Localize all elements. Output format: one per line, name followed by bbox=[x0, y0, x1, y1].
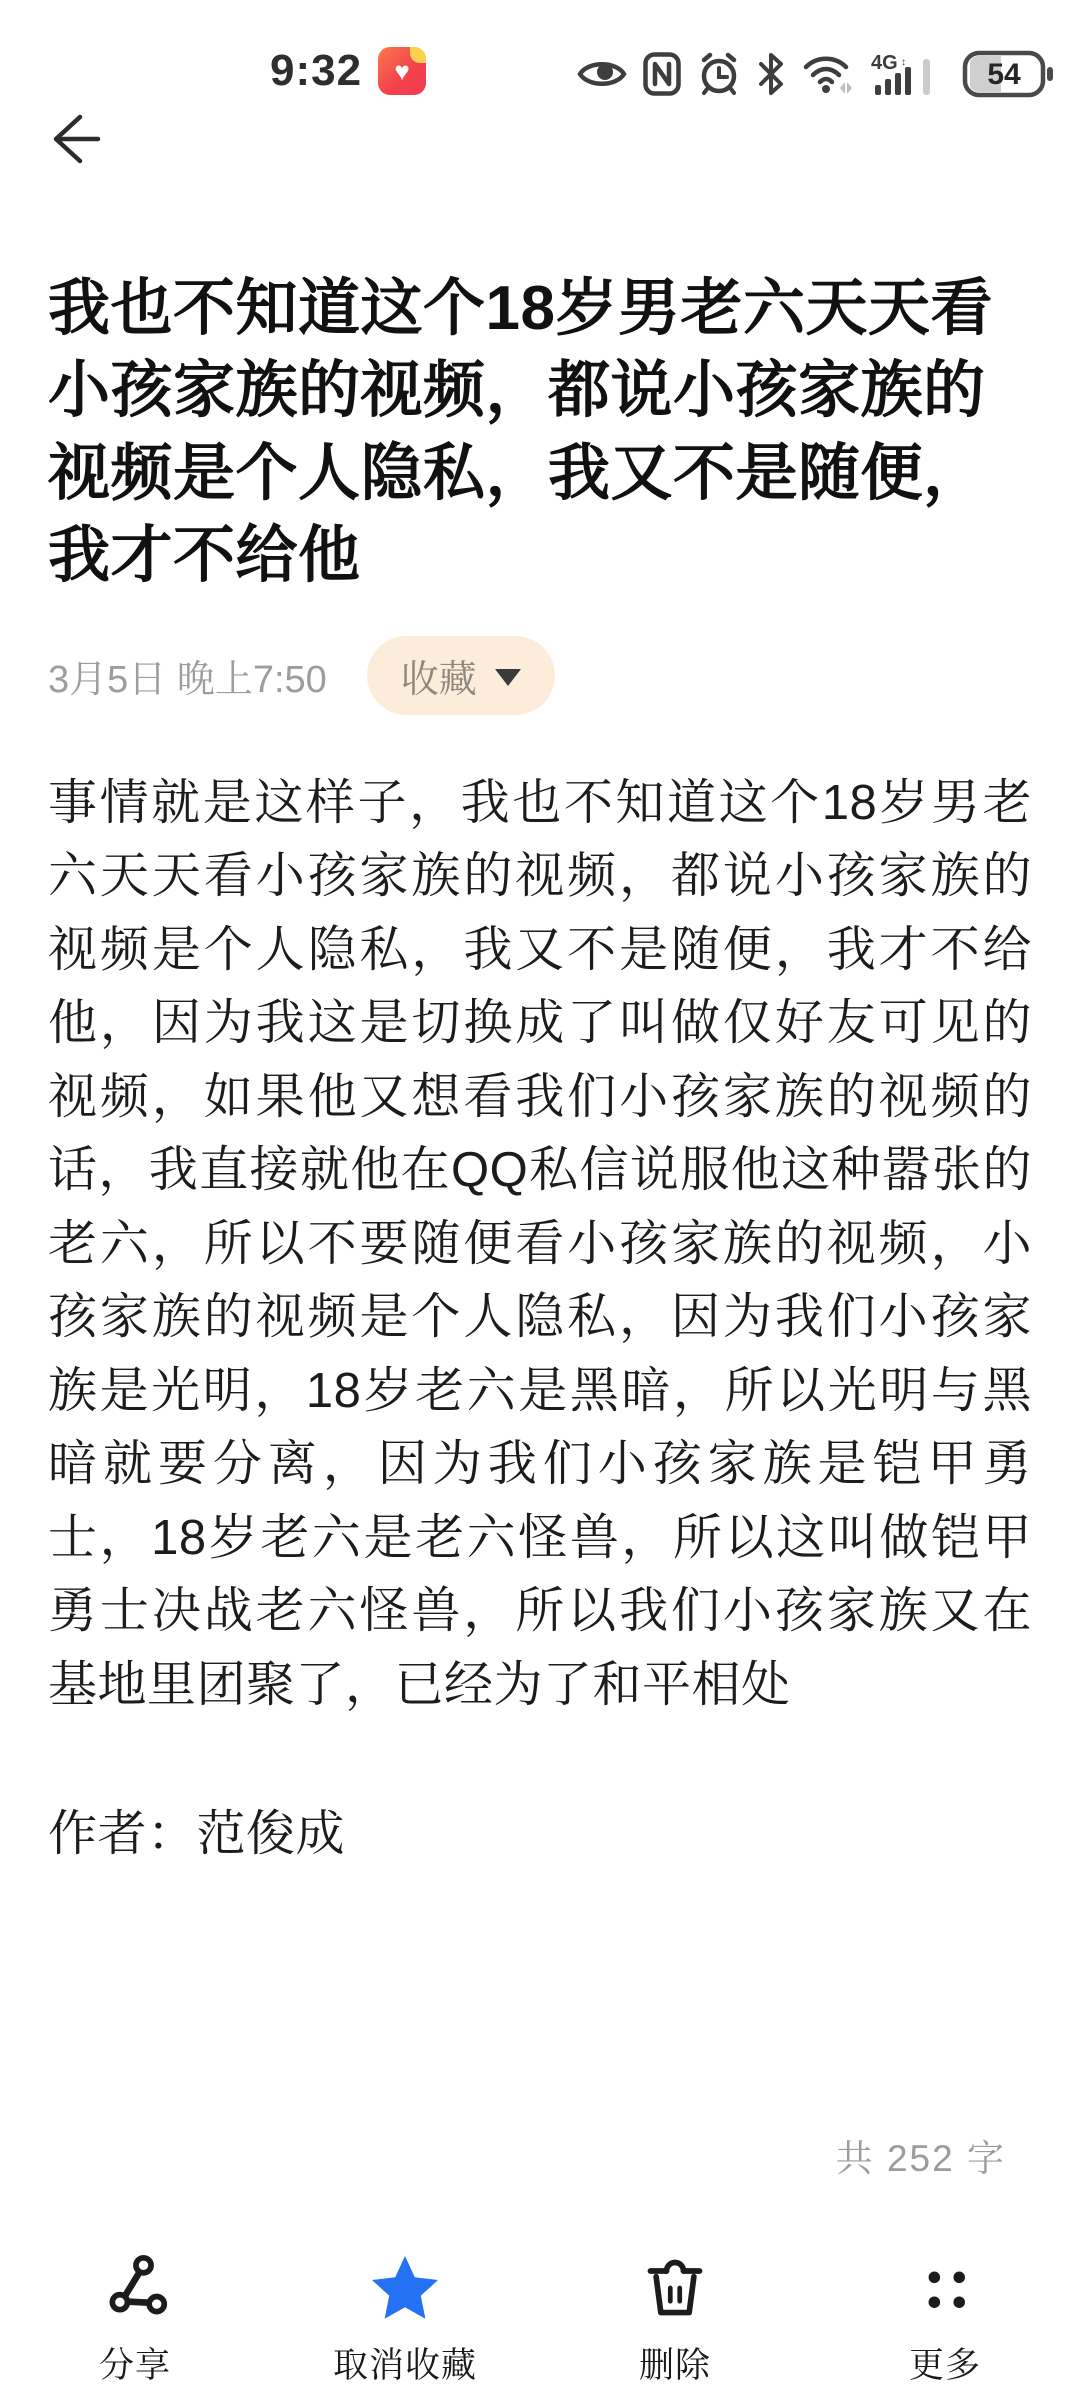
note-author-text: 作者：范俊成 bbox=[48, 1798, 1032, 1872]
unfavorite-button[interactable]: 取消收藏 bbox=[270, 2234, 540, 2394]
back-arrow-icon bbox=[46, 109, 106, 169]
battery-icon: 54 bbox=[962, 50, 1054, 98]
svg-text:4G: 4G bbox=[871, 52, 898, 74]
delete-label: 删除 bbox=[639, 2338, 711, 2388]
note-detail-screen: 9:32 ♥ bbox=[0, 0, 1080, 2400]
heart-glyph: ♥ bbox=[394, 58, 409, 84]
note-meta-row: 3月5日 晚上7:50 收藏 bbox=[48, 636, 1032, 715]
chevron-down-icon bbox=[495, 669, 521, 686]
notification-app-icon: ♥ bbox=[378, 47, 426, 95]
more-button[interactable]: 更多 bbox=[810, 2234, 1080, 2394]
note-title: 我也不知道这个18岁男老六天天看小孩家族的视频，都说小孩家族的视频是个人隐私，我… bbox=[48, 268, 1032, 598]
alarm-icon bbox=[696, 51, 742, 97]
status-bar: 9:32 ♥ bbox=[0, 0, 1080, 110]
wifi-icon bbox=[800, 52, 856, 96]
note-date: 3月5日 晚上7:50 bbox=[48, 648, 327, 703]
battery-level-text: 54 bbox=[987, 58, 1021, 91]
trash-icon bbox=[641, 2252, 709, 2324]
svg-text:↕: ↕ bbox=[901, 57, 906, 68]
clock-text: 9:32 bbox=[270, 46, 362, 96]
note-body-text: 事情就是这样子，我也不知道这个18岁男老六天天看小孩家族的视频，都说小孩家族的视… bbox=[48, 767, 1032, 1723]
signal-4g-icon: 4G ↕ bbox=[871, 51, 947, 97]
app-badge-corner bbox=[410, 47, 426, 63]
unfavorite-label: 取消收藏 bbox=[333, 2338, 477, 2388]
delete-button[interactable]: 删除 bbox=[540, 2234, 810, 2394]
bottom-toolbar: 分享 取消收藏 删除 bbox=[0, 2234, 1080, 2394]
back-button[interactable] bbox=[44, 108, 108, 172]
bluetooth-icon bbox=[757, 52, 785, 96]
more-dots-icon bbox=[913, 2252, 977, 2324]
share-label: 分享 bbox=[99, 2338, 171, 2388]
word-count: 共 252 字 bbox=[836, 2128, 1006, 2182]
share-button[interactable]: 分享 bbox=[0, 2234, 270, 2394]
note-content: 我也不知道这个18岁男老六天天看小孩家族的视频，都说小孩家族的视频是个人隐私，我… bbox=[48, 268, 1032, 1872]
folder-tag-dropdown[interactable]: 收藏 bbox=[367, 636, 555, 715]
eye-protection-icon bbox=[576, 54, 628, 94]
folder-tag-label: 收藏 bbox=[401, 648, 477, 703]
share-icon bbox=[101, 2252, 169, 2324]
more-label: 更多 bbox=[909, 2338, 981, 2388]
nfc-icon bbox=[643, 52, 681, 96]
star-filled-icon bbox=[369, 2252, 441, 2324]
